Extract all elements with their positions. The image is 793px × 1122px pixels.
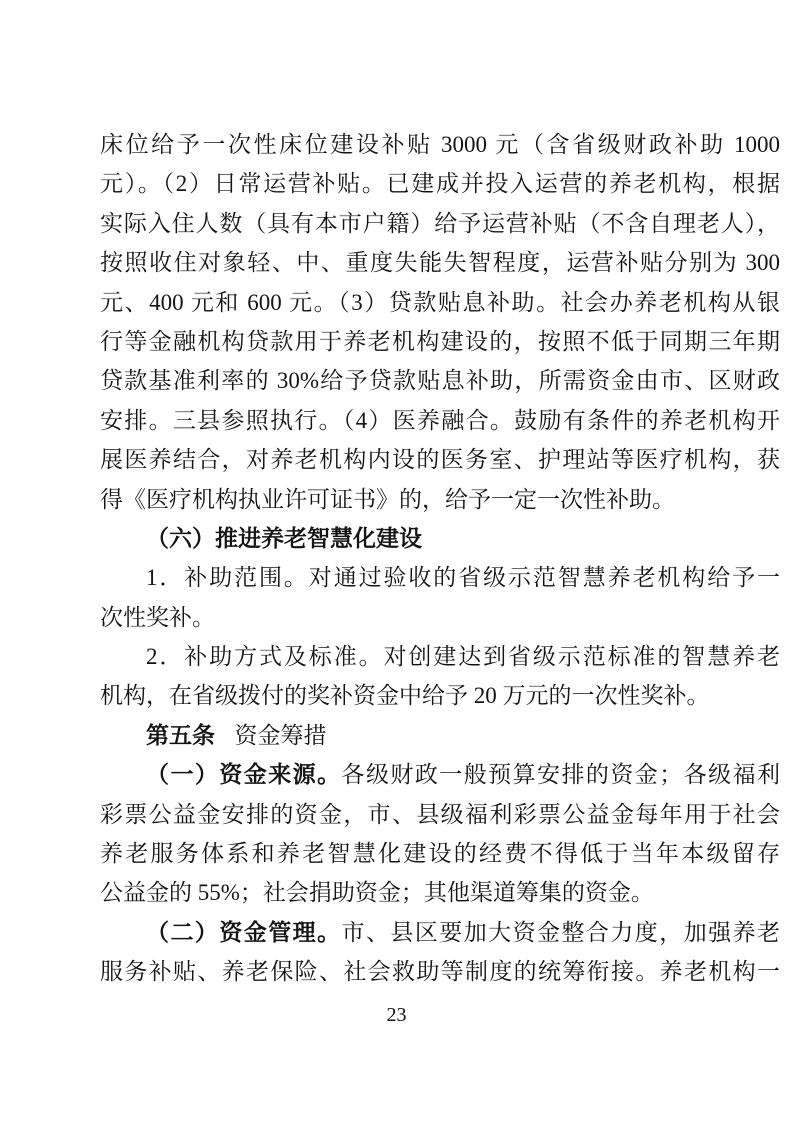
body-line: （一）资金来源。各级财政一般预算安排的资金；各级福利 [100,755,780,794]
paragraph-lead: （一）资金来源。 [146,762,342,787]
body-line: 机构，在省级拨付的奖补资金中给予 20 万元的一次性奖补。 [100,676,780,715]
document-text-block: 床位给予一次性床位建设补贴 3000 元（含省级财政补助 1000 元）。（2）… [100,125,780,992]
body-line: 彩票公益金安排的资金，市、县级福利彩票公益金每年用于社会 [100,795,780,834]
body-line: 展医养结合，对养老机构内设的医务室、护理站等医疗机构，获 [100,440,780,479]
article-title: 资金筹措 [235,723,327,748]
body-line: 1．补助范围。对通过验收的省级示范智慧养老机构给予一 [100,558,780,597]
body-line: 养老服务体系和养老智慧化建设的经费不得低于当年本级留存 [100,834,780,873]
paragraph-text: 市、县区要加大资金整合力度，加强养老 [342,920,780,945]
body-line: 服务补贴、养老保险、社会救助等制度的统筹衔接。养老机构一 [100,952,780,991]
body-line: （二）资金管理。市、县区要加大资金整合力度，加强养老 [100,913,780,952]
body-line: 行等金融机构贷款用于养老机构建设的，按照不低于同期三年期 [100,322,780,361]
article-number: 第五条 [146,723,215,748]
body-line: 得《医疗机构执业许可证书》的，给予一定一次性补助。 [100,480,780,519]
page-number: 23 [0,1001,793,1029]
body-line: 贷款基准利率的 30%给予贷款贴息补助，所需资金由市、区财政 [100,361,780,400]
body-line: 2．补助方式及标准。对创建达到省级示范标准的智慧养老 [100,637,780,676]
body-line: 按照收住对象轻、中、重度失能失智程度，运营补贴分别为 300 [100,243,780,282]
body-line: 床位给予一次性床位建设补贴 3000 元（含省级财政补助 1000 [100,125,780,164]
article-5-heading: 第五条资金筹措 [100,716,780,755]
paragraph-text: 各级财政一般预算安排的资金；各级福利 [342,762,780,787]
body-line: 实际入住人数（具有本市户籍）给予运营补贴（不含自理老人）， [100,204,780,243]
document-page: 床位给予一次性床位建设补贴 3000 元（含省级财政补助 1000 元）。（2）… [0,0,793,1122]
body-line: 元、400 元和 600 元。（3）贷款贴息补助。社会办养老机构从银 [100,283,780,322]
body-line: 公益金的 55%；社会捐助资金；其他渠道筹集的资金。 [100,873,780,912]
body-line: 安排。三县参照执行。（4）医养融合。鼓励有条件的养老机构开 [100,401,780,440]
body-line: 次性奖补。 [100,598,780,637]
section-6-heading: （六）推进养老智慧化建设 [100,519,780,558]
body-line: 元）。（2）日常运营补贴。已建成并投入运营的养老机构，根据 [100,164,780,203]
paragraph-lead: （二）资金管理。 [146,920,342,945]
